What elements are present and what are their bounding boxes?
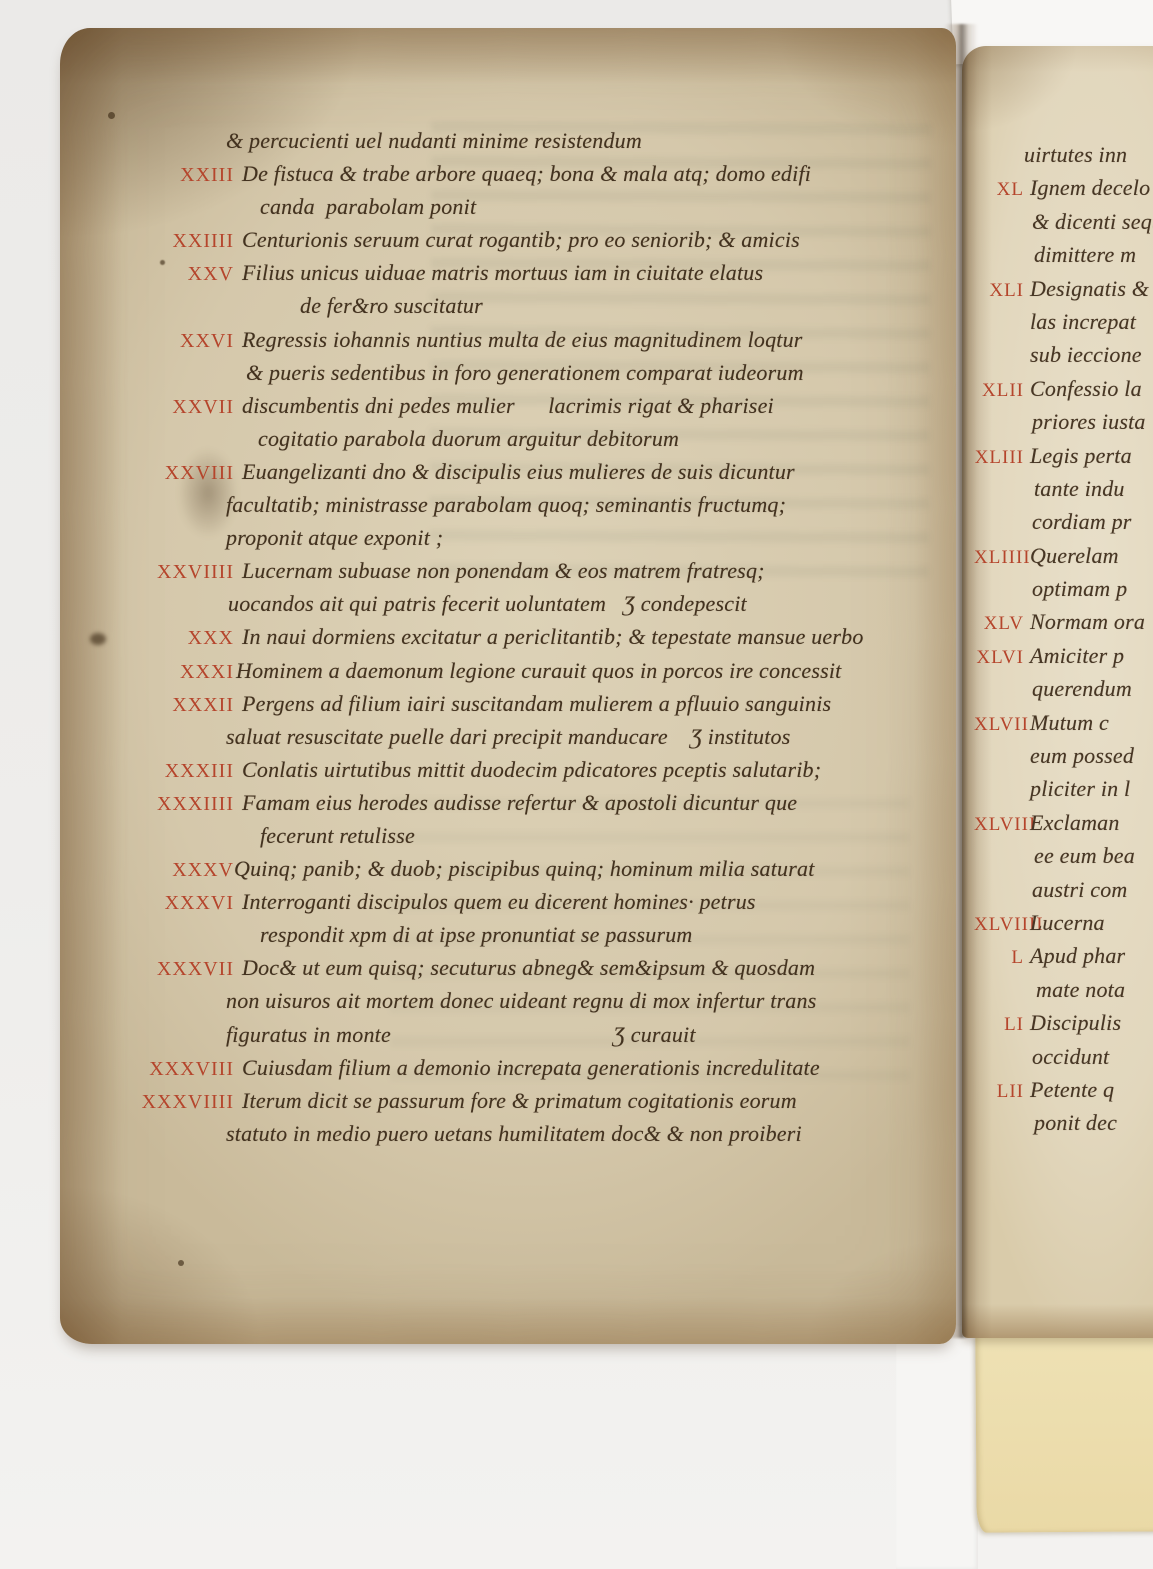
line-text: ee eum bea <box>1034 843 1135 869</box>
white-backing-sheet <box>896 1324 978 1569</box>
text-line: XL Ignem decelo i <box>974 175 1153 208</box>
text-line: occidunt <box>974 1044 1153 1077</box>
text-line: cordiam pr <box>974 509 1153 542</box>
text-line: proponit atque exponit ; <box>96 525 926 558</box>
left-page-text-column: & percucienti uel nudanti minime resiste… <box>96 128 926 1154</box>
text-line: optimam p <box>974 576 1153 609</box>
text-line: sub ieccione <box>974 342 1153 375</box>
line-text: Mutum c <box>1030 710 1109 736</box>
chapter-numeral: XLVIII <box>974 814 1030 836</box>
line-text: mate nota <box>1036 977 1125 1003</box>
text-line: saluat resuscitate puelle dari precipit … <box>96 724 926 757</box>
left-manuscript-page: & percucienti uel nudanti minime resiste… <box>60 28 956 1344</box>
text-line: XXV Filius unicus uiduae matris mortuus … <box>96 260 926 293</box>
line-text: saluat resuscitate puelle dari precipit … <box>226 724 790 750</box>
text-line: pliciter in l <box>974 776 1153 809</box>
line-text: optimam p <box>1032 576 1127 602</box>
text-line: XXXV Quinq; panib; & duob; piscipibus qu… <box>96 856 926 889</box>
chapter-numeral: XLVI <box>974 647 1030 669</box>
line-text: eum possed <box>1030 743 1134 769</box>
stain-fleck <box>108 112 115 119</box>
line-text: proponit atque exponit ; <box>226 525 443 551</box>
line-text: Quinq; panib; & duob; piscipibus quinq; … <box>234 856 815 882</box>
line-text: dimittere m <box>1034 242 1136 268</box>
text-line: LI Discipulis <box>974 1010 1153 1043</box>
chapter-numeral: XL <box>974 179 1030 201</box>
text-line: XXXI Hominem a daemonum legione curauit … <box>96 658 926 691</box>
chapter-numeral: XLIIII <box>974 547 1030 569</box>
text-line: XLIIII Querelam <box>974 543 1153 576</box>
text-line: XLVII Mutum c <box>974 710 1153 743</box>
line-text: ponit dec <box>1034 1110 1117 1136</box>
text-line: dimittere m <box>974 242 1153 275</box>
chapter-numeral: XXXIII <box>96 760 242 783</box>
text-line: XXVI Regressis iohannis nuntius multa de… <box>96 327 926 360</box>
line-text: discumbentis dni pedes mulier lacrimis r… <box>242 393 774 419</box>
line-text: Amiciter p <box>1030 643 1124 669</box>
chapter-numeral: XXVIII <box>96 462 242 485</box>
text-line: XLV Normam ora <box>974 609 1153 642</box>
chapter-numeral: LI <box>974 1014 1030 1036</box>
text-line: statuto in medio puero uetans humilitate… <box>96 1121 926 1154</box>
line-text: figuratus in monte Ʒ curauit <box>226 1022 696 1048</box>
text-line: XXVIII Euangelizanti dno & discipulis ei… <box>96 459 926 492</box>
line-text: Normam ora <box>1030 609 1145 635</box>
line-text: Apud phar <box>1030 943 1125 969</box>
chapter-numeral: XXVIIII <box>96 561 242 584</box>
manuscript-photo: uirtutes inn XL Ignem decelo i & dicenti… <box>0 0 1153 1569</box>
text-line: las increpat <box>974 309 1153 342</box>
chapter-numeral: XLV <box>974 613 1030 635</box>
text-line: XXXVIIII Iterum dicit se passurum fore &… <box>96 1088 926 1121</box>
text-line: mate nota <box>974 977 1153 1010</box>
chapter-numeral: XXX <box>96 627 242 650</box>
text-line: XXIIII Centurionis seruum curat rogantib… <box>96 227 926 260</box>
line-text: In naui dormiens excitatur a periclitant… <box>242 624 864 650</box>
chapter-numeral: XXVII <box>96 396 242 419</box>
text-line: uirtutes inn <box>974 142 1153 175</box>
text-line: de fer&ro suscitatur <box>96 293 926 326</box>
line-text: Conlatis uirtutibus mittit duodecim pdic… <box>242 757 821 783</box>
line-text: occidunt <box>1032 1044 1109 1070</box>
text-line: XXXIII Conlatis uirtutibus mittit duodec… <box>96 757 926 790</box>
line-text: statuto in medio puero uetans humilitate… <box>226 1121 802 1147</box>
line-text: sub ieccione <box>1030 342 1142 368</box>
line-text: Cuiusdam filium a demonio increpata gene… <box>242 1055 820 1081</box>
text-line: querendum <box>974 676 1153 709</box>
text-line: & dicenti sequ <box>974 209 1153 242</box>
chapter-numeral: XXXVII <box>96 958 242 981</box>
chapter-numeral: XLVIIII <box>974 914 1030 936</box>
line-text: Filius unicus uiduae matris mortuus iam … <box>242 260 763 286</box>
chapter-numeral: XXVI <box>96 330 242 353</box>
text-line: & percucienti uel nudanti minime resiste… <box>96 128 926 161</box>
line-text: austri com <box>1032 877 1128 903</box>
text-line: XXXVIII Cuiusdam filium a demonio increp… <box>96 1055 926 1088</box>
stain-fleck <box>178 1260 184 1266</box>
chapter-numeral: XLIII <box>974 447 1030 469</box>
text-line: uocandos ait qui patris fecerit uoluntat… <box>96 591 926 624</box>
line-text: Famam eius herodes audisse refertur & ap… <box>242 790 797 816</box>
text-line: LII Petente q <box>974 1077 1153 1110</box>
text-line: eum possed <box>974 743 1153 776</box>
text-line: XXXII Pergens ad filium iairi suscitanda… <box>96 691 926 724</box>
text-line: cogitatio parabola duorum arguitur debit… <box>96 426 926 459</box>
right-manuscript-page: uirtutes inn XL Ignem decelo i & dicenti… <box>962 46 1153 1338</box>
line-text: Querelam <box>1030 543 1119 569</box>
line-text: & percucienti uel nudanti minime resiste… <box>226 128 642 154</box>
text-line: non uisuros ait mortem donec uideant reg… <box>96 988 926 1021</box>
line-text: Centurionis seruum curat rogantib; pro e… <box>242 227 800 253</box>
line-text: canda parabolam ponit <box>260 194 476 220</box>
text-line: XXIII De fistuca & trabe arbore quaeq; b… <box>96 161 926 194</box>
text-line: XLIII Legis perta <box>974 443 1153 476</box>
right-page-text-column: uirtutes inn XL Ignem decelo i & dicenti… <box>974 142 1153 1144</box>
text-line: ponit dec <box>974 1110 1153 1143</box>
text-line: XXXVII Doc& ut eum quisq; secuturus abne… <box>96 955 926 988</box>
line-text: Pergens ad filium iairi suscitandam muli… <box>242 691 831 717</box>
line-text: Lucerna <box>1030 910 1105 936</box>
line-text: facultatib; ministrasse parabolam quoq; … <box>226 492 786 518</box>
text-line: XXX In naui dormiens excitatur a pericli… <box>96 624 926 657</box>
line-text: De fistuca & trabe arbore quaeq; bona & … <box>242 161 811 187</box>
chapter-numeral: L <box>974 947 1030 969</box>
text-line: XLVIIII Lucerna <box>974 910 1153 943</box>
chapter-numeral: XLVII <box>974 714 1030 736</box>
chapter-numeral: XXXVIII <box>96 1058 242 1081</box>
text-line: XLVI Amiciter p <box>974 643 1153 676</box>
line-text: Iterum dicit se passurum fore & primatum… <box>242 1088 797 1114</box>
chapter-numeral: XXV <box>96 263 242 286</box>
line-text: Exclaman <box>1030 810 1120 836</box>
text-line: figuratus in monte Ʒ curauit <box>96 1022 926 1055</box>
chapter-numeral: XXXII <box>96 694 242 717</box>
line-text: uocandos ait qui patris fecerit uoluntat… <box>228 591 747 617</box>
chapter-numeral: XLI <box>974 280 1030 302</box>
chapter-numeral: XXIII <box>96 164 242 187</box>
chapter-numeral: XLII <box>974 380 1030 402</box>
chapter-numeral: XXXVI <box>96 892 242 915</box>
line-text: & pueris sedentibus in foro generationem… <box>246 360 804 386</box>
line-text: pliciter in l <box>1030 776 1130 802</box>
text-line: austri com <box>974 877 1153 910</box>
line-text: Discipulis <box>1030 1010 1121 1036</box>
chapter-numeral: LII <box>974 1081 1030 1103</box>
text-line: XLII Confessio la <box>974 376 1153 409</box>
line-text: Petente q <box>1030 1077 1114 1103</box>
yellow-flyleaf <box>975 1333 1153 1532</box>
text-line: XXXIIII Famam eius herodes audisse refer… <box>96 790 926 823</box>
line-text: non uisuros ait mortem donec uideant reg… <box>226 988 816 1014</box>
line-text: de fer&ro suscitatur <box>300 293 483 319</box>
text-line: XXVII discumbentis dni pedes mulier lacr… <box>96 393 926 426</box>
line-text: querendum <box>1032 676 1132 702</box>
line-text: cogitatio parabola duorum arguitur debit… <box>258 426 679 452</box>
chapter-numeral: XXXVIIII <box>96 1091 242 1114</box>
text-line: ee eum bea <box>974 843 1153 876</box>
chapter-numeral: XXXV <box>96 859 242 882</box>
text-line: XLVIII Exclaman <box>974 810 1153 843</box>
line-text: Interroganti discipulos quem eu dicerent… <box>242 889 756 915</box>
line-text: uirtutes inn <box>1024 142 1127 168</box>
text-line: & pueris sedentibus in foro generationem… <box>96 360 926 393</box>
line-text: fecerunt retulisse <box>260 823 415 849</box>
line-text: Ignem decelo i <box>1030 175 1153 201</box>
chapter-numeral: XXIIII <box>96 230 242 253</box>
line-text: Legis perta <box>1030 443 1132 469</box>
line-text: las increpat <box>1030 309 1136 335</box>
line-text: Regressis iohannis nuntius multa de eius… <box>242 327 803 353</box>
line-text: Designatis & <box>1030 276 1149 302</box>
line-text: priores iusta <box>1032 409 1146 435</box>
text-line: XLI Designatis & <box>974 276 1153 309</box>
line-text: Euangelizanti dno & discipulis eius muli… <box>242 459 795 485</box>
text-line: tante indu <box>974 476 1153 509</box>
line-text: tante indu <box>1034 476 1125 502</box>
text-line: facultatib; ministrasse parabolam quoq; … <box>96 492 926 525</box>
text-line: fecerunt retulisse <box>96 823 926 856</box>
line-text: Lucernam subuase non ponendam & eos matr… <box>242 558 765 584</box>
chapter-numeral: XXXI <box>96 661 242 684</box>
chapter-numeral: XXXIIII <box>96 793 242 816</box>
line-text: & dicenti sequ <box>1032 209 1153 235</box>
text-line: respondit xpm di at ipse pronuntiat se p… <box>96 922 926 955</box>
text-line: canda parabolam ponit <box>96 194 926 227</box>
line-text: cordiam pr <box>1032 509 1132 535</box>
line-text: Doc& ut eum quisq; secuturus abneg& sem&… <box>242 955 815 981</box>
text-line: XXXVI Interroganti discipulos quem eu di… <box>96 889 926 922</box>
line-text: Confessio la <box>1030 376 1142 402</box>
text-line: XXVIIII Lucernam subuase non ponendam & … <box>96 558 926 591</box>
line-text: respondit xpm di at ipse pronuntiat se p… <box>260 922 693 948</box>
line-text: Hominem a daemonum legione curauit quos … <box>236 658 842 684</box>
text-line: L Apud phar <box>974 943 1153 976</box>
text-line: priores iusta <box>974 409 1153 442</box>
